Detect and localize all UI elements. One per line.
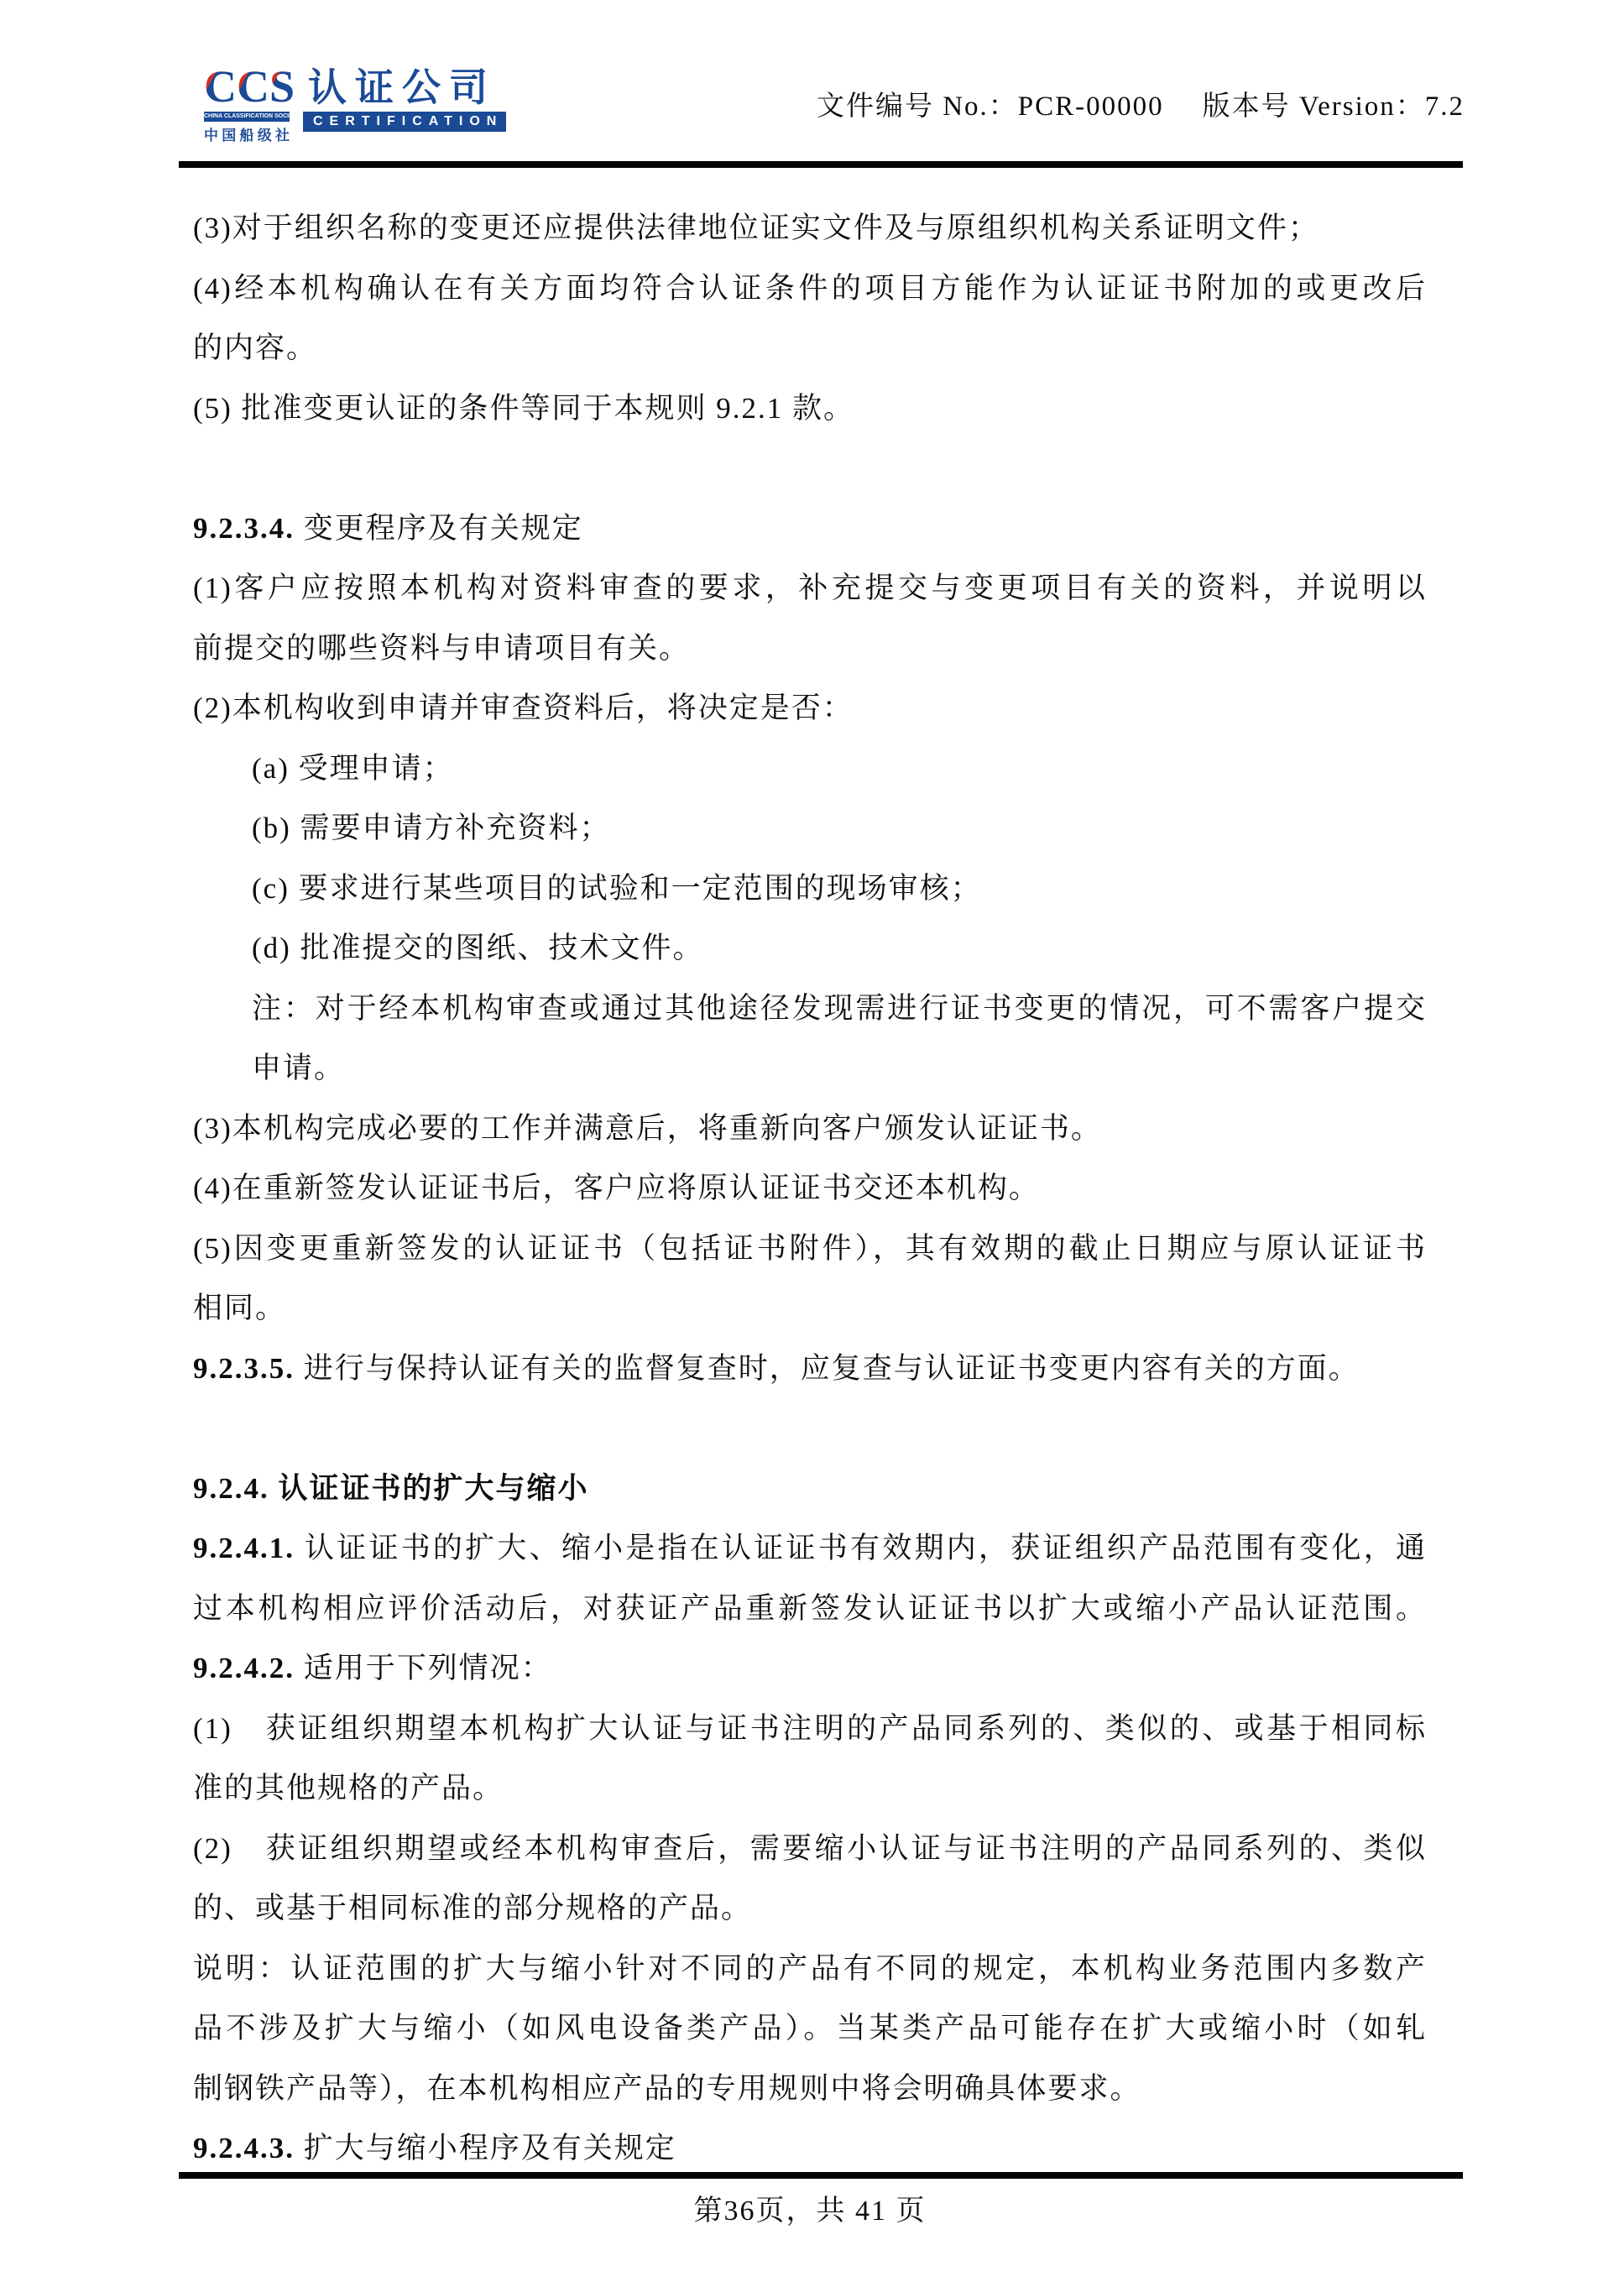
section-number: 9.2.4. xyxy=(193,1472,269,1505)
line-text: 适用于下列情况： xyxy=(295,1652,552,1684)
body-line: 注：对于经本机构审查或通过其他途径发现需进行证书变更的情况，可不需客户提交 xyxy=(193,979,1427,1039)
body-line: 前提交的哪些资料与申请项目有关。 xyxy=(193,619,1427,679)
line-text: 进行与保持认证有关的监督复查时，应复查与认证证书变更内容有关的方面。 xyxy=(295,1352,1360,1385)
line-text: (d) 批准提交的图纸、技术文件。 xyxy=(252,932,704,964)
logo-ccs-letter: S xyxy=(269,61,295,112)
line-text: (2) 获证组织期望或经本机构审查后，需要缩小认证与证书注明的产品同系列的、类似 xyxy=(193,1832,1427,1865)
line-text: 的内容。 xyxy=(193,332,317,364)
body-line: (4)经本机构确认在有关方面均符合认证条件的项目方能作为认证证书附加的或更改后 xyxy=(193,258,1427,319)
body-line: 9.2.4. 认证证书的扩大与缩小 xyxy=(193,1459,1427,1519)
body-line: (d) 批准提交的图纸、技术文件。 xyxy=(193,918,1427,979)
body-line: (b) 需要申请方补充资料； xyxy=(193,798,1427,859)
line-text: (3)本机构完成必要的工作并满意后，将重新向客户颁发认证证书。 xyxy=(193,1112,1102,1145)
body-line: (4)在重新签发认证证书后，客户应将原认证证书交还本机构。 xyxy=(193,1158,1427,1219)
body-line: 品不涉及扩大与缩小（如风电设备类产品）。当某类产品可能存在扩大或缩小时（如轧 xyxy=(193,1998,1427,2059)
body-line: (3)本机构完成必要的工作并满意后，将重新向客户颁发认证证书。 xyxy=(193,1099,1427,1159)
body-line: (5)因变更重新签发的认证证书（包括证书附件），其有效期的截止日期应与原认证证书 xyxy=(193,1219,1427,1279)
doc-number-label: 文件编号 No.： xyxy=(817,91,1018,122)
page-number-text: 第36页，共 41 页 xyxy=(193,2187,1427,2228)
body-line: 申请。 xyxy=(193,1038,1427,1099)
document-body: (3)对于组织名称的变更还应提供法律地位证实文件及与原组织机构关系证明文件；(4… xyxy=(193,198,1427,2179)
section-number: 9.2.4.1. xyxy=(193,1532,295,1564)
section-number: 9.2.3.5. xyxy=(193,1352,295,1385)
header-rule xyxy=(179,161,1463,168)
body-line: 制钢铁产品等），在本机构相应产品的专用规则中将会明确具体要求。 xyxy=(193,2059,1427,2119)
body-line: 9.2.4.3. 扩大与缩小程序及有关规定 xyxy=(193,2118,1427,2179)
line-text: (1)客户应按照本机构对资料审查的要求，补充提交与变更项目有关的资料，并说明以 xyxy=(193,572,1427,604)
logo-company-cn: 认证公司 xyxy=(308,69,496,106)
body-line: (1) 获证组织期望本机构扩大认证与证书注明的产品同系列的、类似的、或基于相同标 xyxy=(193,1699,1427,1759)
line-text: 前提交的哪些资料与申请项目有关。 xyxy=(193,632,690,665)
body-line: (2) 获证组织期望或经本机构审查后，需要缩小认证与证书注明的产品同系列的、类似 xyxy=(193,1819,1427,1879)
line-text: 相同。 xyxy=(193,1292,286,1324)
line-text: (b) 需要申请方补充资料； xyxy=(252,812,611,844)
body-line: 的、或基于相同标准的部分规格的产品。 xyxy=(193,1878,1427,1939)
blank-line xyxy=(193,1398,1427,1459)
ccs-logo: CCS 认证公司 CHINA CLASSIFICATION SOCIETY 中国… xyxy=(204,67,506,144)
logo-certification-banner: CERTIFICATION xyxy=(303,112,506,132)
line-text: 制钢铁产品等），在本机构相应产品的专用规则中将会明确具体要求。 xyxy=(193,2072,1141,2105)
footer-rule xyxy=(179,2172,1463,2179)
body-line: (a) 受理申请； xyxy=(193,739,1427,799)
body-line: 的内容。 xyxy=(193,318,1427,379)
section-number: 9.2.4.2. xyxy=(193,1652,295,1684)
doc-number-value: PCR-00000 xyxy=(1018,91,1164,122)
line-text: 扩大与缩小程序及有关规定 xyxy=(295,2132,676,2164)
line-text: (a) 受理申请； xyxy=(252,752,454,785)
body-line: 相同。 xyxy=(193,1278,1427,1339)
line-text: (2)本机构收到申请并审查资料后，将决定是否： xyxy=(193,692,854,724)
body-line: 说明：认证范围的扩大与缩小针对不同的产品有不同的规定，本机构业务范围内多数产 xyxy=(193,1939,1427,1999)
line-text: 注：对于经本机构审查或通过其他途径发现需进行证书变更的情况，可不需客户提交 xyxy=(252,992,1427,1025)
logo-ccs-letter: C xyxy=(204,61,237,112)
line-text: (5) 批准变更认证的条件等同于本规则 9.2.1 款。 xyxy=(193,392,854,425)
body-line: (3)对于组织名称的变更还应提供法律地位证实文件及与原组织机构关系证明文件； xyxy=(193,198,1427,258)
body-line: 过本机构相应评价活动后，对获证产品重新签发认证证书以扩大或缩小产品认证范围。 xyxy=(193,1579,1427,1639)
body-line: 9.2.4.2. 适用于下列情况： xyxy=(193,1638,1427,1699)
body-line: 9.2.4.1. 认证证书的扩大、缩小是指在认证证书有效期内，获证组织产品范围有… xyxy=(193,1518,1427,1579)
line-text: (1) 获证组织期望本机构扩大认证与证书注明的产品同系列的、类似的、或基于相同标 xyxy=(193,1712,1427,1745)
logo-ccs-letter: C xyxy=(237,61,269,112)
body-line: 准的其他规格的产品。 xyxy=(193,1758,1427,1819)
body-line: 9.2.3.4. 变更程序及有关规定 xyxy=(193,499,1427,559)
line-text: 品不涉及扩大与缩小（如风电设备类产品）。当某类产品可能存在扩大或缩小时（如轧 xyxy=(193,2012,1427,2044)
version-value: 7.2 xyxy=(1425,91,1465,122)
line-text: (5)因变更重新签发的认证证书（包括证书附件），其有效期的截止日期应与原认证证书 xyxy=(193,1232,1427,1265)
line-text: 变更程序及有关规定 xyxy=(295,512,583,545)
section-number: 9.2.3.4. xyxy=(193,512,295,545)
line-text: 过本机构相应评价活动后，对获证产品重新签发认证证书以扩大或缩小产品认证范围。 xyxy=(193,1592,1427,1625)
version-label: 版本号 Version： xyxy=(1203,91,1425,122)
body-line: (2)本机构收到申请并审查资料后，将决定是否： xyxy=(193,678,1427,739)
body-line: (5) 批准变更认证的条件等同于本规则 9.2.1 款。 xyxy=(193,379,1427,439)
body-line: 9.2.3.5. 进行与保持认证有关的监督复查时，应复查与认证证书变更内容有关的… xyxy=(193,1339,1427,1399)
body-line: (c) 要求进行某些项目的试验和一定范围的现场审核； xyxy=(193,859,1427,919)
line-text: 认证证书的扩大、缩小是指在认证证书有效期内，获证组织产品范围有变化，通 xyxy=(295,1532,1427,1564)
line-text: 说明：认证范围的扩大与缩小针对不同的产品有不同的规定，本机构业务范围内多数产 xyxy=(193,1952,1427,1985)
line-text: 申请。 xyxy=(252,1052,345,1084)
line-text: (3)对于组织名称的变更还应提供法律地位证实文件及与原组织机构关系证明文件； xyxy=(193,211,1319,244)
blank-line xyxy=(193,438,1427,499)
section-number: 9.2.4.3. xyxy=(193,2132,295,2164)
body-line: (1)客户应按照本机构对资料审查的要求，补充提交与变更项目有关的资料，并说明以 xyxy=(193,558,1427,619)
line-text: (4)经本机构确认在有关方面均符合认证条件的项目方能作为认证证书附加的或更改后 xyxy=(193,272,1427,305)
doc-meta-line: 文件编号 No.：PCR-00000版本号 Version：7.2 xyxy=(817,84,1465,123)
line-text: 准的其他规格的产品。 xyxy=(193,1772,504,1804)
logo-society-en: CHINA CLASSIFICATION SOCIETY xyxy=(204,112,290,122)
line-text: (c) 要求进行某些项目的试验和一定范围的现场审核； xyxy=(252,872,982,905)
line-text: 的、或基于相同标准的部分规格的产品。 xyxy=(193,1892,752,1924)
section-number: 认证证书的扩大与缩小 xyxy=(269,1472,589,1505)
logo-society-cn: 中国船级社 xyxy=(204,123,290,144)
document-page: CCS 认证公司 CHINA CLASSIFICATION SOCIETY 中国… xyxy=(0,0,1624,2287)
line-text: (4)在重新签发认证证书后，客户应将原认证证书交还本机构。 xyxy=(193,1172,1040,1204)
logo-ccs-text: CCS xyxy=(204,67,295,106)
